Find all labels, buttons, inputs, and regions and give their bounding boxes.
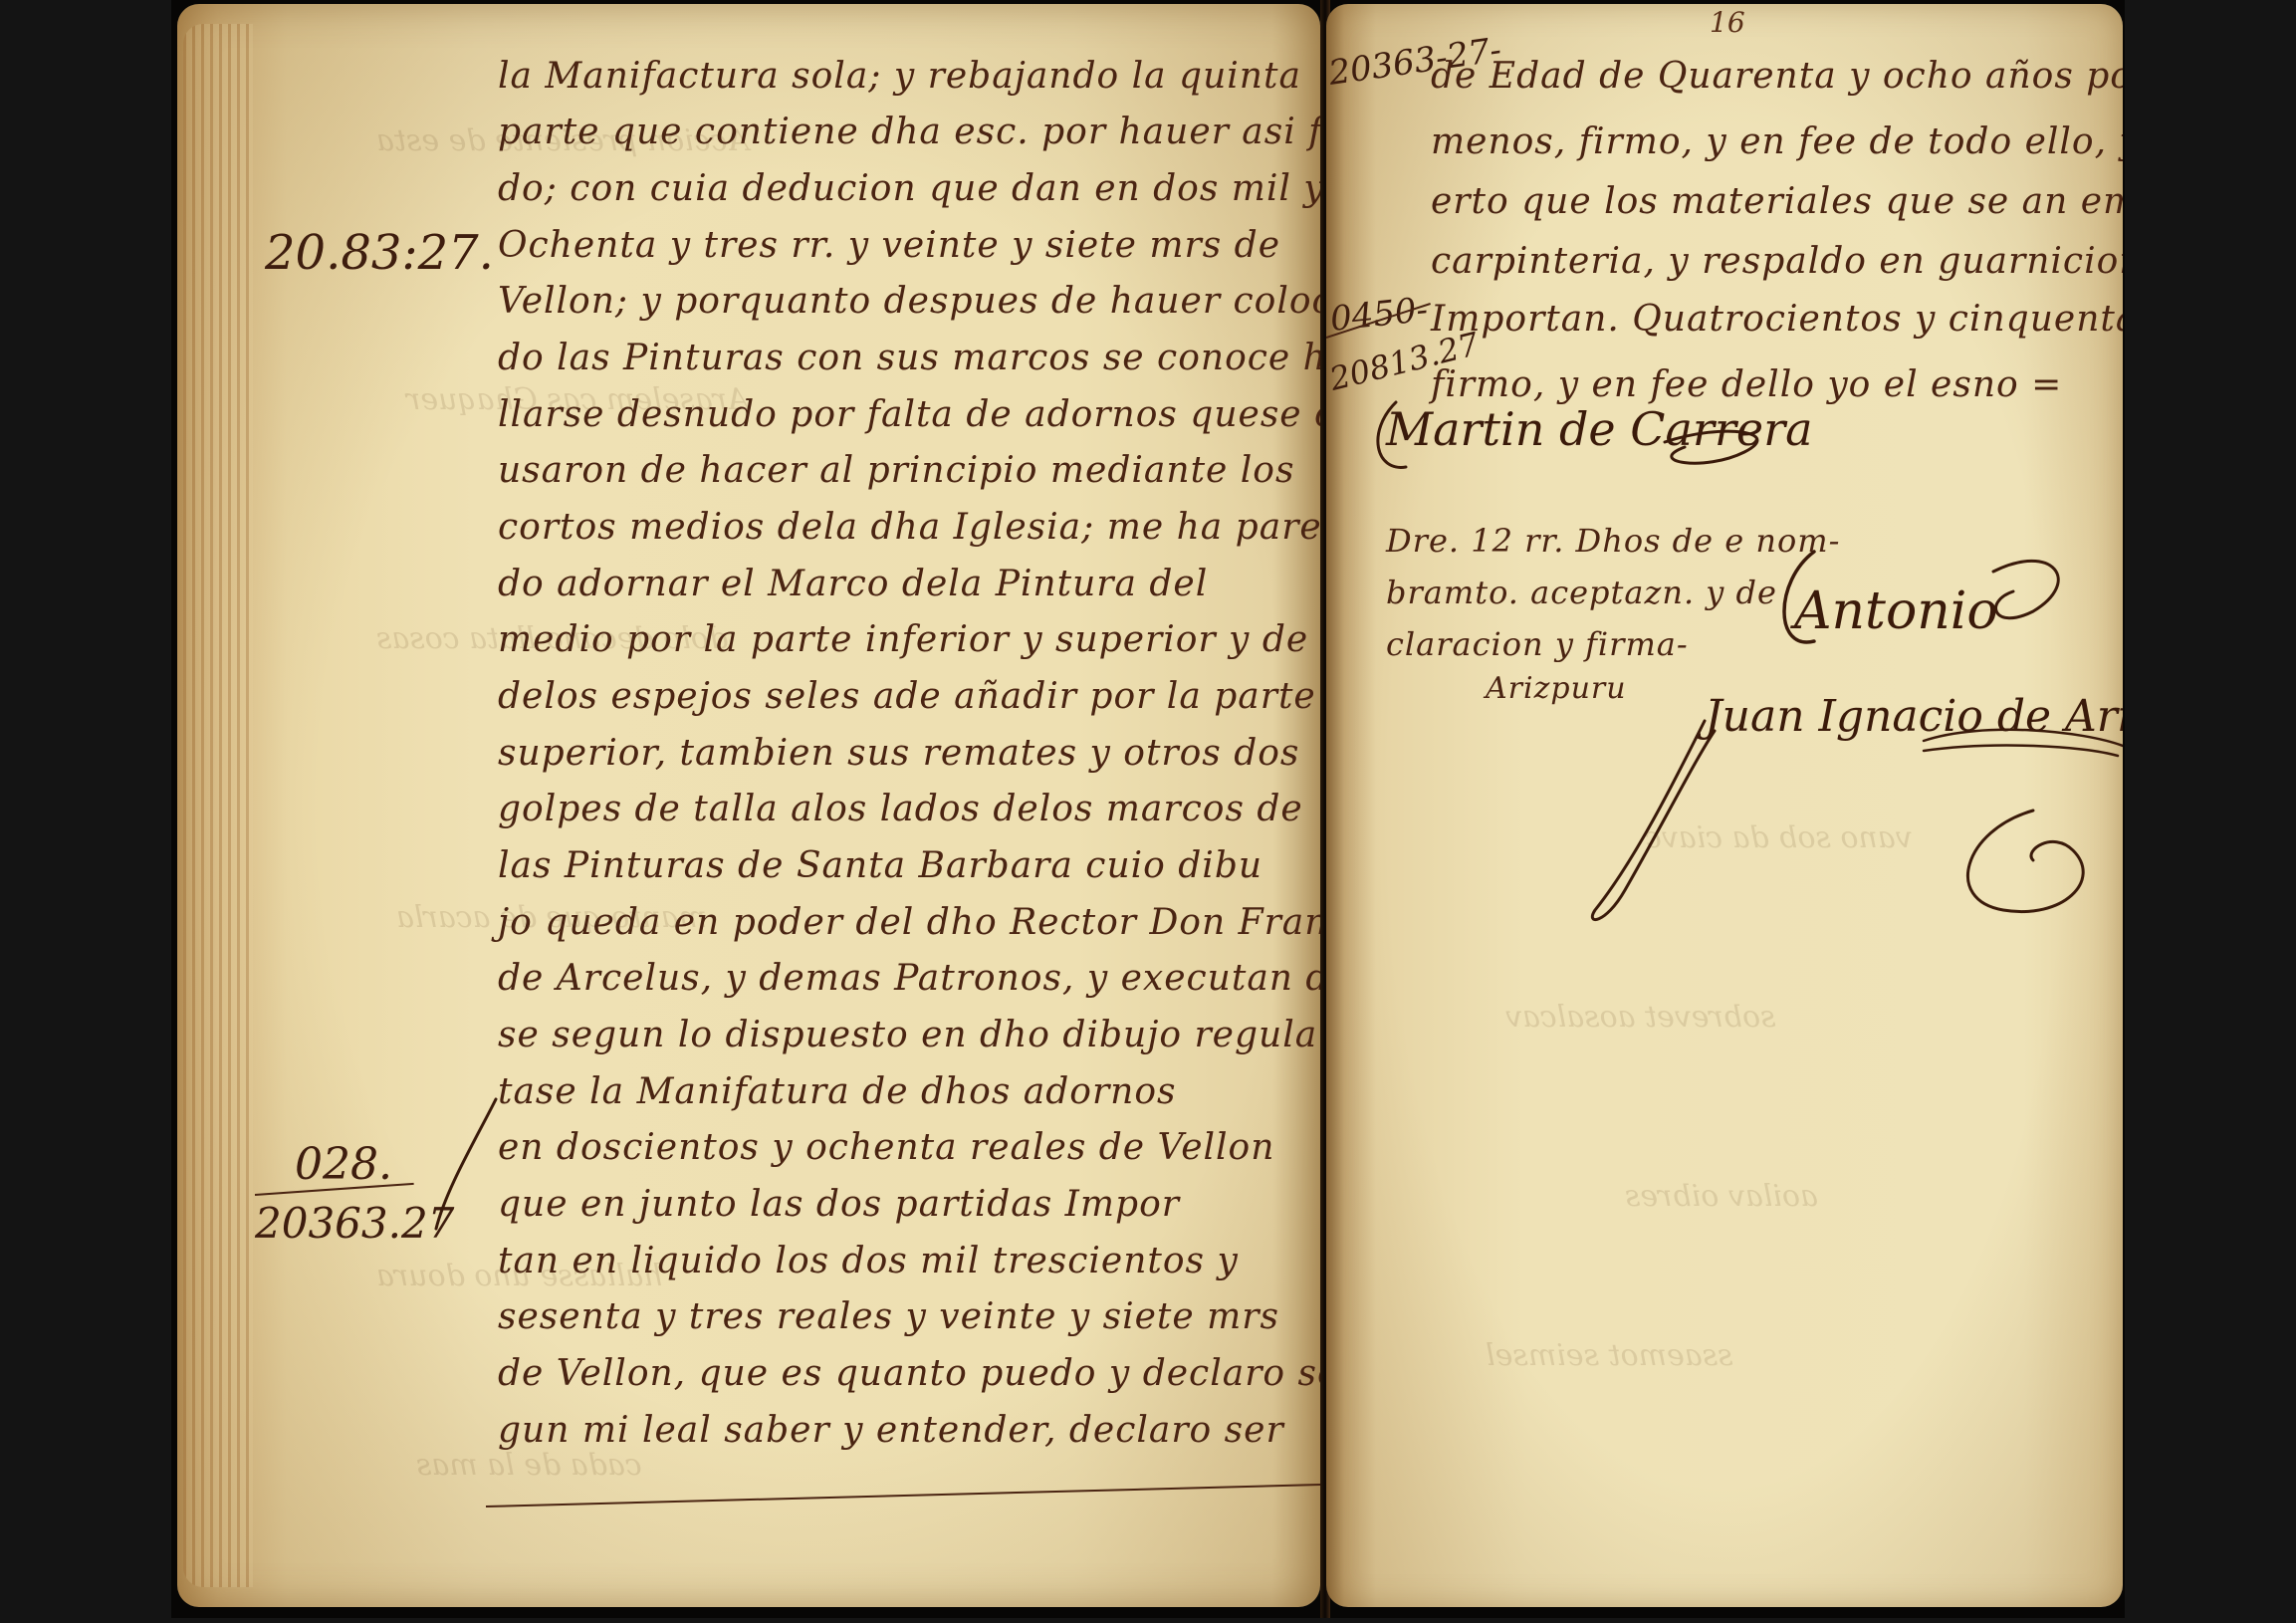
left-page: Accion presiente de esta Araselem cas Gh… <box>177 4 1320 1607</box>
text-line: de Edad de Quarenta y ocho años poco mas… <box>1431 56 2123 97</box>
text-line: superior, tambien sus remates y otros do… <box>498 733 1299 774</box>
signature-flourish <box>1565 701 2123 940</box>
text-line: Vellon; y porquanto despues de hauer col… <box>498 281 1320 322</box>
text-line: la Manifactura sola; y rebajando la quin… <box>498 56 1301 97</box>
bleed-through-text: sobrevet aosalcav <box>1505 1000 1776 1035</box>
text-line: Importan. Quatrocientos y cinquenta rr. … <box>1431 299 2123 340</box>
text-line: jo queda en poder del dho Rector Don Fra… <box>498 902 1320 943</box>
text-line: en doscientos y ochenta reales de Vellon <box>498 1127 1274 1168</box>
text-line: carpinteria, y respaldo en guarnicion ta… <box>1431 241 2123 282</box>
text-line: de Vellon, que es quanto puedo y declaro… <box>498 1353 1320 1394</box>
text-line: llarse desnudo por falta de adornos ques… <box>498 394 1320 435</box>
stacked-page-edges <box>183 24 253 1587</box>
text-line: usaron de hacer al principio mediante lo… <box>498 450 1294 491</box>
text-line: do adornar el Marco dela Pintura del <box>498 564 1208 604</box>
bleed-through-text: ssaemot seimsel <box>1486 1338 1732 1373</box>
text-line: tan en liquido los dos mil trescientos y <box>498 1241 1239 1281</box>
margin-amount-top: 20.83:27. <box>265 225 494 281</box>
text-line: do las Pinturas con sus marcos se conoce… <box>498 338 1320 378</box>
manuscript-scan: Accion presiente de esta Araselem cas Gh… <box>0 0 2296 1623</box>
text-line: delos espejos seles ade añadir por la pa… <box>498 676 1316 717</box>
text-line: cortos medios dela dha Iglesia; me ha pa… <box>498 507 1320 548</box>
text-line: tase la Manifatura de dhos adornos <box>498 1071 1177 1112</box>
text-line: menos, firmo, y en fee de todo ello, yo … <box>1431 121 2123 162</box>
signature-flourish <box>1754 542 2073 661</box>
margin-flourish <box>426 1099 506 1239</box>
margin-partial-amount: 028. <box>295 1139 392 1190</box>
text-line: parte que contiene dha esc. por hauer as… <box>498 112 1320 152</box>
margin-total-amount: 20363.27 <box>255 1199 454 1248</box>
right-page: vano sob da ciavc sobrevet aosalcav aoil… <box>1326 4 2123 1607</box>
bleed-through-text: cada de la mas <box>416 1448 642 1483</box>
text-line: erto que los materiales que se an emplea… <box>1431 181 2123 222</box>
fee-note-line: claracion y firma- <box>1386 625 1689 663</box>
bleed-through-text: aoilav oibres <box>1625 1179 1818 1214</box>
text-line: las Pinturas de Santa Barbara cuio dibu <box>498 845 1263 886</box>
fee-note-line: bramto. aceptazn. y de <box>1386 574 1777 611</box>
text-line: de Arcelus, y demas Patronos, y executan… <box>498 958 1320 999</box>
text-line: que en junto las dos partidas Impor <box>498 1184 1180 1225</box>
closing-rule <box>486 1484 1320 1507</box>
signature-flourish <box>1366 392 1784 492</box>
text-line: golpes de talla alos lados delos marcos … <box>498 789 1303 829</box>
text-line: sesenta y tres reales y veinte y siete m… <box>498 1296 1279 1337</box>
text-line: Ochenta y tres rr. y veinte y siete mrs … <box>498 225 1280 266</box>
text-line: do; con cuia deducion que dan en dos mil… <box>498 168 1320 209</box>
text-line: se segun lo dispuesto en dho dibujo regu… <box>498 1015 1317 1055</box>
folio-number: 16 <box>1710 6 1745 39</box>
text-line: medio por la parte inferior y superior y… <box>498 619 1308 660</box>
book-spread: Accion presiente de esta Araselem cas Gh… <box>171 0 2125 1618</box>
text-line: gun mi leal saber y entender, declaro se… <box>498 1410 1284 1451</box>
